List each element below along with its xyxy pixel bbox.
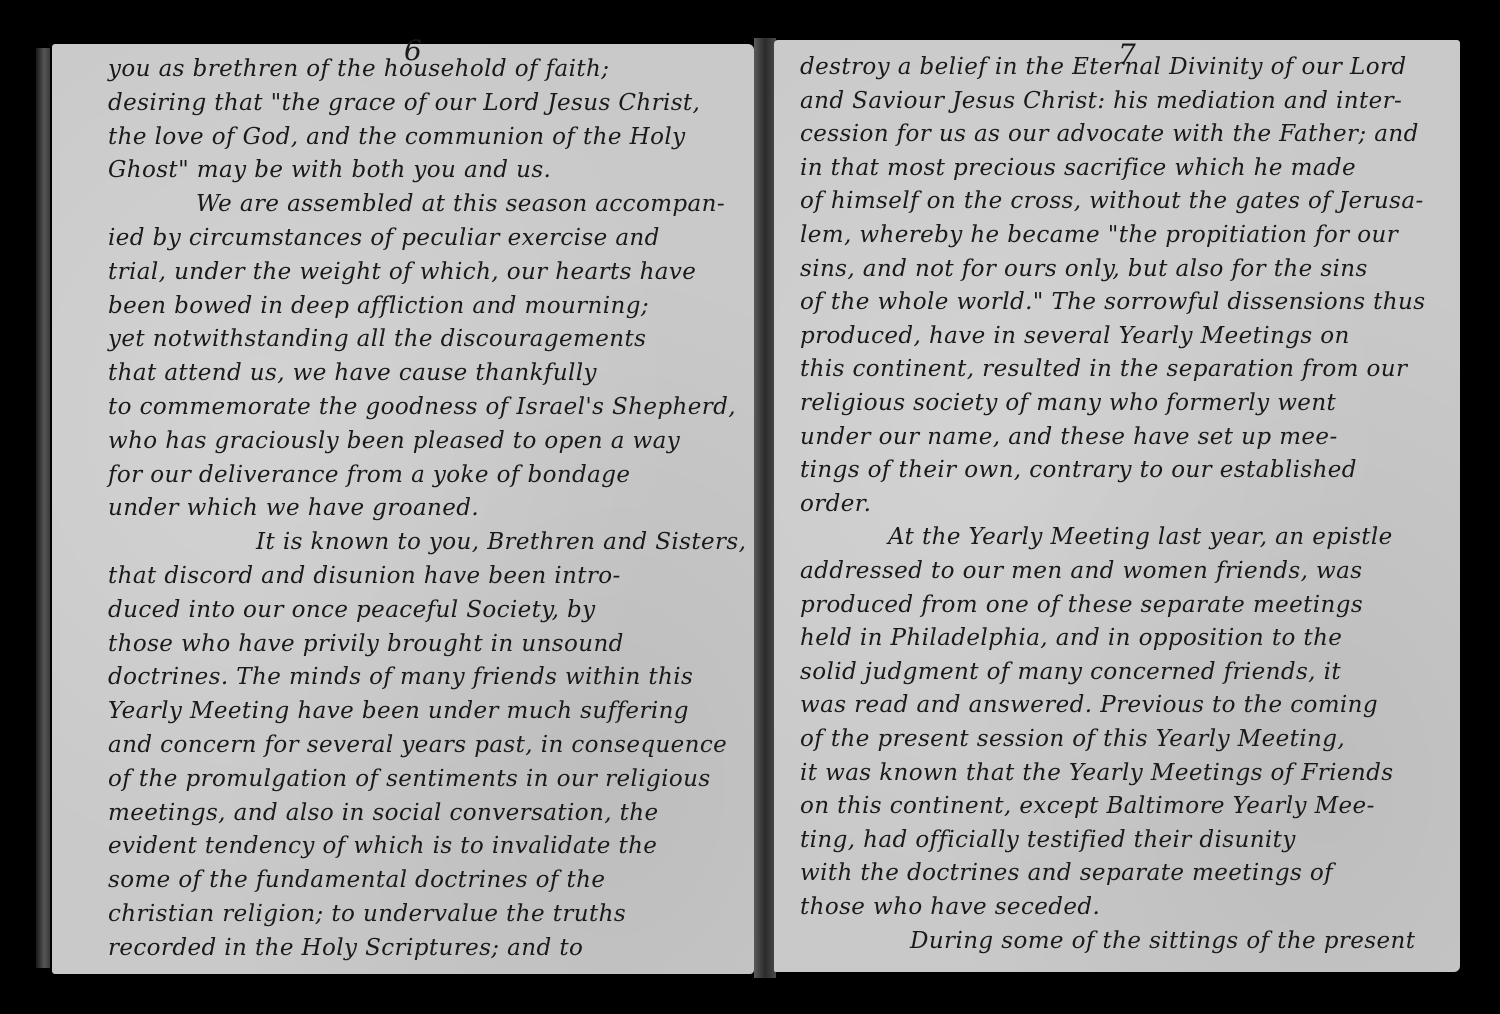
manuscript-line: produced, have in several Yearly Meeting… <box>800 323 1350 349</box>
manuscript-line: ting, had officially testified their dis… <box>800 827 1296 853</box>
manuscript-line: those who have seceded. <box>800 894 1100 920</box>
manuscript-line: of himself on the cross, without the gat… <box>800 188 1424 214</box>
manuscript-line: under which we have groaned. <box>108 495 479 521</box>
manuscript-line: of the whole world." The sorrowful disse… <box>800 289 1425 315</box>
manuscript-line: produced from one of these separate meet… <box>800 592 1363 618</box>
manuscript-line: addressed to our men and women friends, … <box>800 558 1362 584</box>
manuscript-line: doctrines. The minds of many friends wit… <box>108 664 693 690</box>
manuscript-line: on this continent, except Baltimore Year… <box>800 793 1375 819</box>
manuscript-line: was read and answered. Previous to the c… <box>800 692 1378 718</box>
manuscript-line: held in Philadelphia, and in opposition … <box>800 625 1342 651</box>
manuscript-line: this continent, resulted in the separati… <box>800 356 1407 382</box>
manuscript-line: sins, and not for ours only, but also fo… <box>800 256 1368 282</box>
manuscript-line: At the Yearly Meeting last year, an epis… <box>888 524 1393 550</box>
manuscript-line: for our deliverance from a yoke of bonda… <box>108 462 630 488</box>
manuscript-line: duced into our once peaceful Society, by <box>108 597 596 623</box>
manuscript-line: those who have privily brought in unsoun… <box>108 631 624 657</box>
manuscript-line: Yearly Meeting have been under much suff… <box>108 698 689 724</box>
manuscript-line: with the doctrines and separate meetings… <box>800 860 1333 886</box>
manuscript-line: lem, whereby he became "the propitiation… <box>800 222 1398 248</box>
manuscript-line: that attend us, we have cause thankfully <box>108 360 597 386</box>
manuscript-line: that discord and disunion have been intr… <box>108 563 621 589</box>
manuscript-line: During some of the sittings of the prese… <box>910 928 1415 954</box>
book-left-edge <box>36 48 50 968</box>
manuscript-line: christian religion; to undervalue the tr… <box>108 901 626 927</box>
manuscript-line: of the promulgation of sentiments in our… <box>108 766 711 792</box>
manuscript-line: under our name, and these have set up me… <box>800 424 1338 450</box>
manuscript-line: desiring that "the grace of our Lord Jes… <box>108 90 700 116</box>
manuscript-line: who has graciously been pleased to open … <box>108 428 680 454</box>
manuscript-line: solid judgment of many concerned friends… <box>800 659 1341 685</box>
manuscript-line: order. <box>800 491 871 517</box>
manuscript-line: it was known that the Yearly Meetings of… <box>800 760 1393 786</box>
manuscript-line: evident tendency of which is to invalida… <box>108 833 657 859</box>
manuscript-line: of the present session of this Yearly Me… <box>800 726 1345 752</box>
manuscript-line: trial, under the weight of which, our he… <box>108 259 696 285</box>
left-page: 6 you as brethren of the household of fa… <box>52 44 754 974</box>
manuscript-line: destroy a belief in the Eternal Divinity… <box>800 54 1406 80</box>
manuscript-line: you as brethren of the household of fait… <box>108 56 609 82</box>
manuscript-line: religious society of many who formerly w… <box>800 390 1336 416</box>
manuscript-line: to commemorate the goodness of Israel's … <box>108 394 736 420</box>
manuscript-line: tings of their own, contrary to our esta… <box>800 457 1357 483</box>
right-page: 7 destroy a belief in the Eternal Divini… <box>774 40 1460 972</box>
manuscript-line: been bowed in deep affliction and mourni… <box>108 293 649 319</box>
manuscript-line: cession for us as our advocate with the … <box>800 121 1419 147</box>
manuscript-line: and concern for several years past, in c… <box>108 732 727 758</box>
book-gutter <box>754 38 776 978</box>
manuscript-line: some of the fundamental doctrines of the <box>108 867 605 893</box>
manuscript-line: and Saviour Jesus Christ: his mediation … <box>800 88 1402 114</box>
manuscript-line: It is known to you, Brethren and Sisters… <box>256 529 746 555</box>
manuscript-line: recorded in the Holy Scriptures; and to <box>108 935 583 961</box>
manuscript-line: Ghost" may be with both you and us. <box>108 157 551 183</box>
manuscript-line: the love of God, and the communion of th… <box>108 124 685 150</box>
manuscript-line: ied by circumstances of peculiar exercis… <box>108 225 660 251</box>
manuscript-line: yet notwithstanding all the discourageme… <box>108 326 646 352</box>
manuscript-line: We are assembled at this season accompan… <box>196 191 725 217</box>
manuscript-line: meetings, and also in social conversatio… <box>108 800 659 826</box>
manuscript-line: in that most precious sacrifice which he… <box>800 155 1356 181</box>
